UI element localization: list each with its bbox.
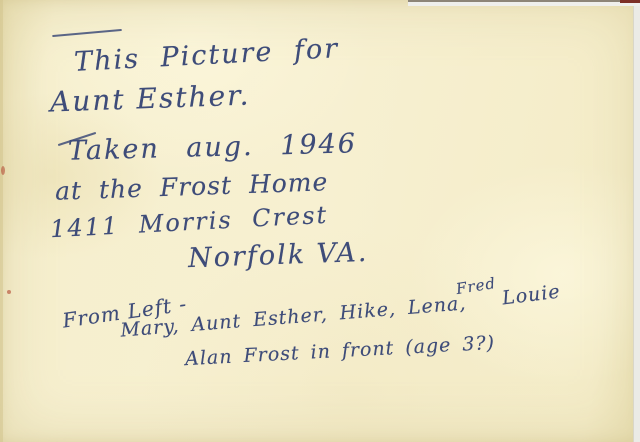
scan-edge-strip-right	[633, 0, 640, 442]
handwritten-line-location: at the Frost Home	[55, 167, 329, 206]
pen-lead-stroke-this	[52, 29, 122, 37]
scan-edge-strip-top	[408, 0, 640, 6]
photo-back-paper: This Picture for Aunt Esther. Taken aug.…	[0, 0, 640, 442]
handwritten-line-address: 1411 Morris Crest	[49, 201, 328, 244]
handwritten-line-city: Norfolk VA.	[188, 237, 369, 274]
handwritten-line-dedication-2: Aunt Esther.	[49, 79, 250, 119]
red-speck-lower-left	[7, 290, 11, 294]
left-edge-shading	[0, 0, 3, 442]
handwritten-caption-second-line: Alan Frost in front (age 3?)	[185, 332, 496, 370]
handwritten-line-dedication-1: This Picture for	[73, 33, 340, 78]
handwritten-line-date: Taken aug. 1946	[68, 128, 358, 167]
red-edge-mark	[620, 0, 640, 3]
red-speck-left	[1, 166, 5, 175]
handwritten-caption-last-name: Louie	[501, 281, 562, 310]
handwritten-caption-inserted-name: Fred	[455, 274, 497, 298]
